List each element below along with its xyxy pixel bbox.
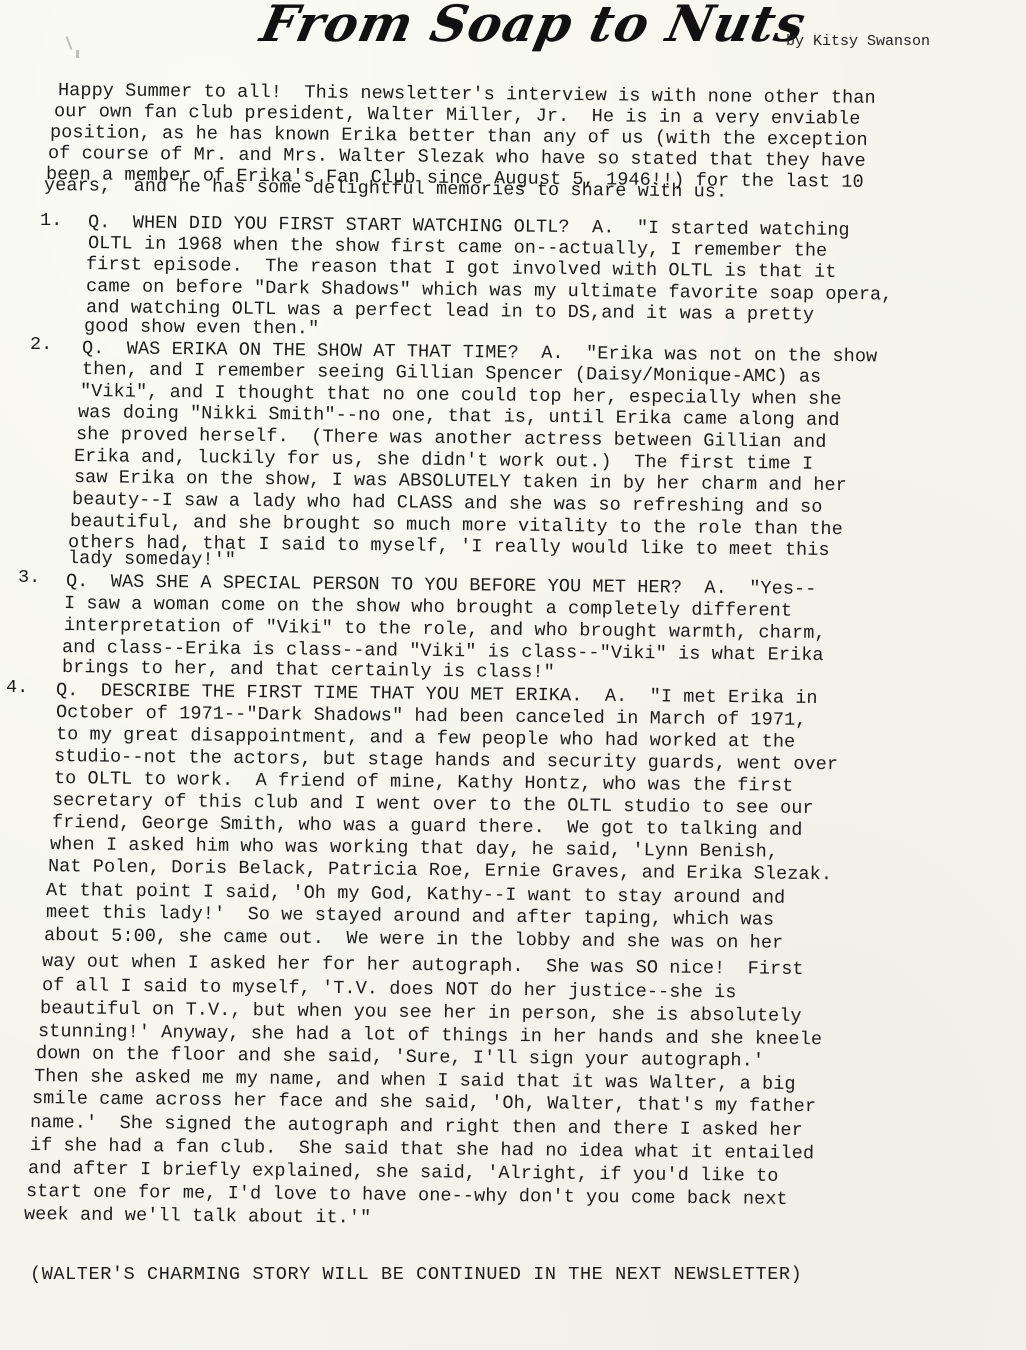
byline: by Kitsy Swanson: [786, 33, 930, 50]
question-number: 1.: [40, 210, 62, 232]
masthead: From Soap to Nuts by Kitsy Swanson: [0, 0, 1026, 60]
question-number: 2.: [30, 334, 52, 356]
question-line: lady someday!'": [68, 548, 236, 572]
paper-mark: [76, 50, 79, 58]
question-line: week and we'll talk about it.'": [24, 1204, 371, 1230]
continuation-note: (WALTER'S CHARMING STORY WILL BE CONTINU…: [30, 1264, 802, 1286]
question-number: 3.: [18, 567, 40, 589]
newsletter-title: From Soap to Nuts: [256, 0, 812, 53]
question-number: 4.: [6, 677, 28, 699]
question-line: good show even then.": [84, 316, 319, 340]
newsletter-page: From Soap to Nuts by Kitsy Swanson Happy…: [0, 0, 1026, 1350]
